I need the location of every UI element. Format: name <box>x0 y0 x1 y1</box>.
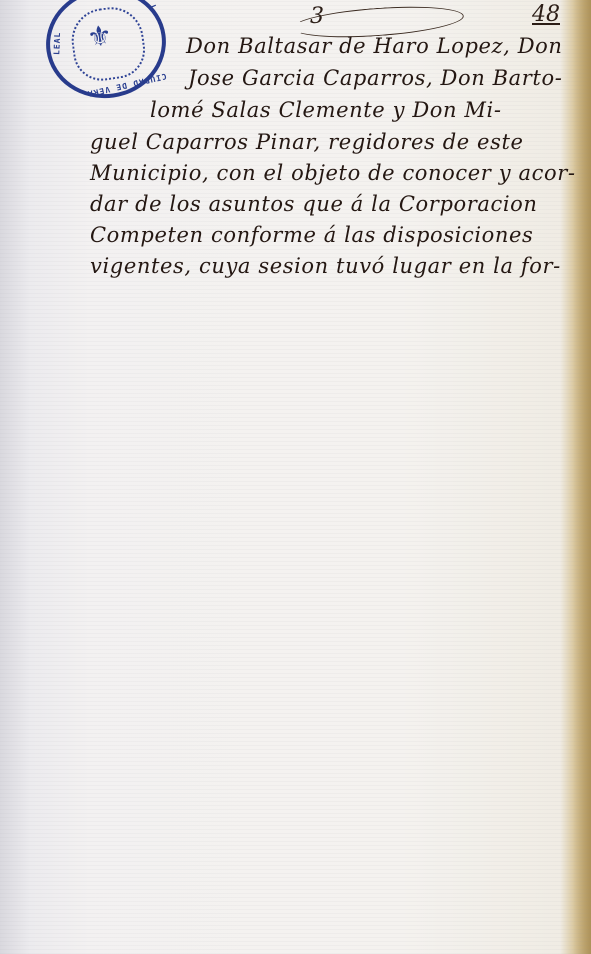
text-line: lomé Salas Clemente y Don Mi- <box>150 98 502 122</box>
seal-text: A Y M. L. <box>132 0 161 18</box>
page-number: 48 <box>532 2 560 27</box>
text-line: Don Baltasar de Haro Lopez, Don <box>186 34 563 58</box>
text-line: guel Caparros Pinar, regidores de este <box>90 130 524 154</box>
folio-mark: 3 <box>310 4 324 29</box>
text-line: Municipio, con el objeto de conocer y ac… <box>90 161 576 185</box>
text-line: Jose Garcia Caparros, Don Barto- <box>188 66 562 90</box>
coat-of-arms-icon: ⚜ <box>85 21 114 52</box>
page-edge <box>573 0 591 954</box>
manuscript-page: ⚜ A Y M. L. CIUDAD DE VERA LEAL 3 48 Don… <box>0 0 591 954</box>
seal-text: LEAL <box>52 32 62 56</box>
text-line: dar de los asuntos que á la Corporacion <box>90 192 538 216</box>
municipal-seal-stamp: ⚜ A Y M. L. CIUDAD DE VERA LEAL <box>39 0 173 106</box>
text-line: vigentes, cuya sesion tuvó lugar en la f… <box>90 254 561 278</box>
text-line: Competen conforme á las disposiciones <box>90 223 533 247</box>
